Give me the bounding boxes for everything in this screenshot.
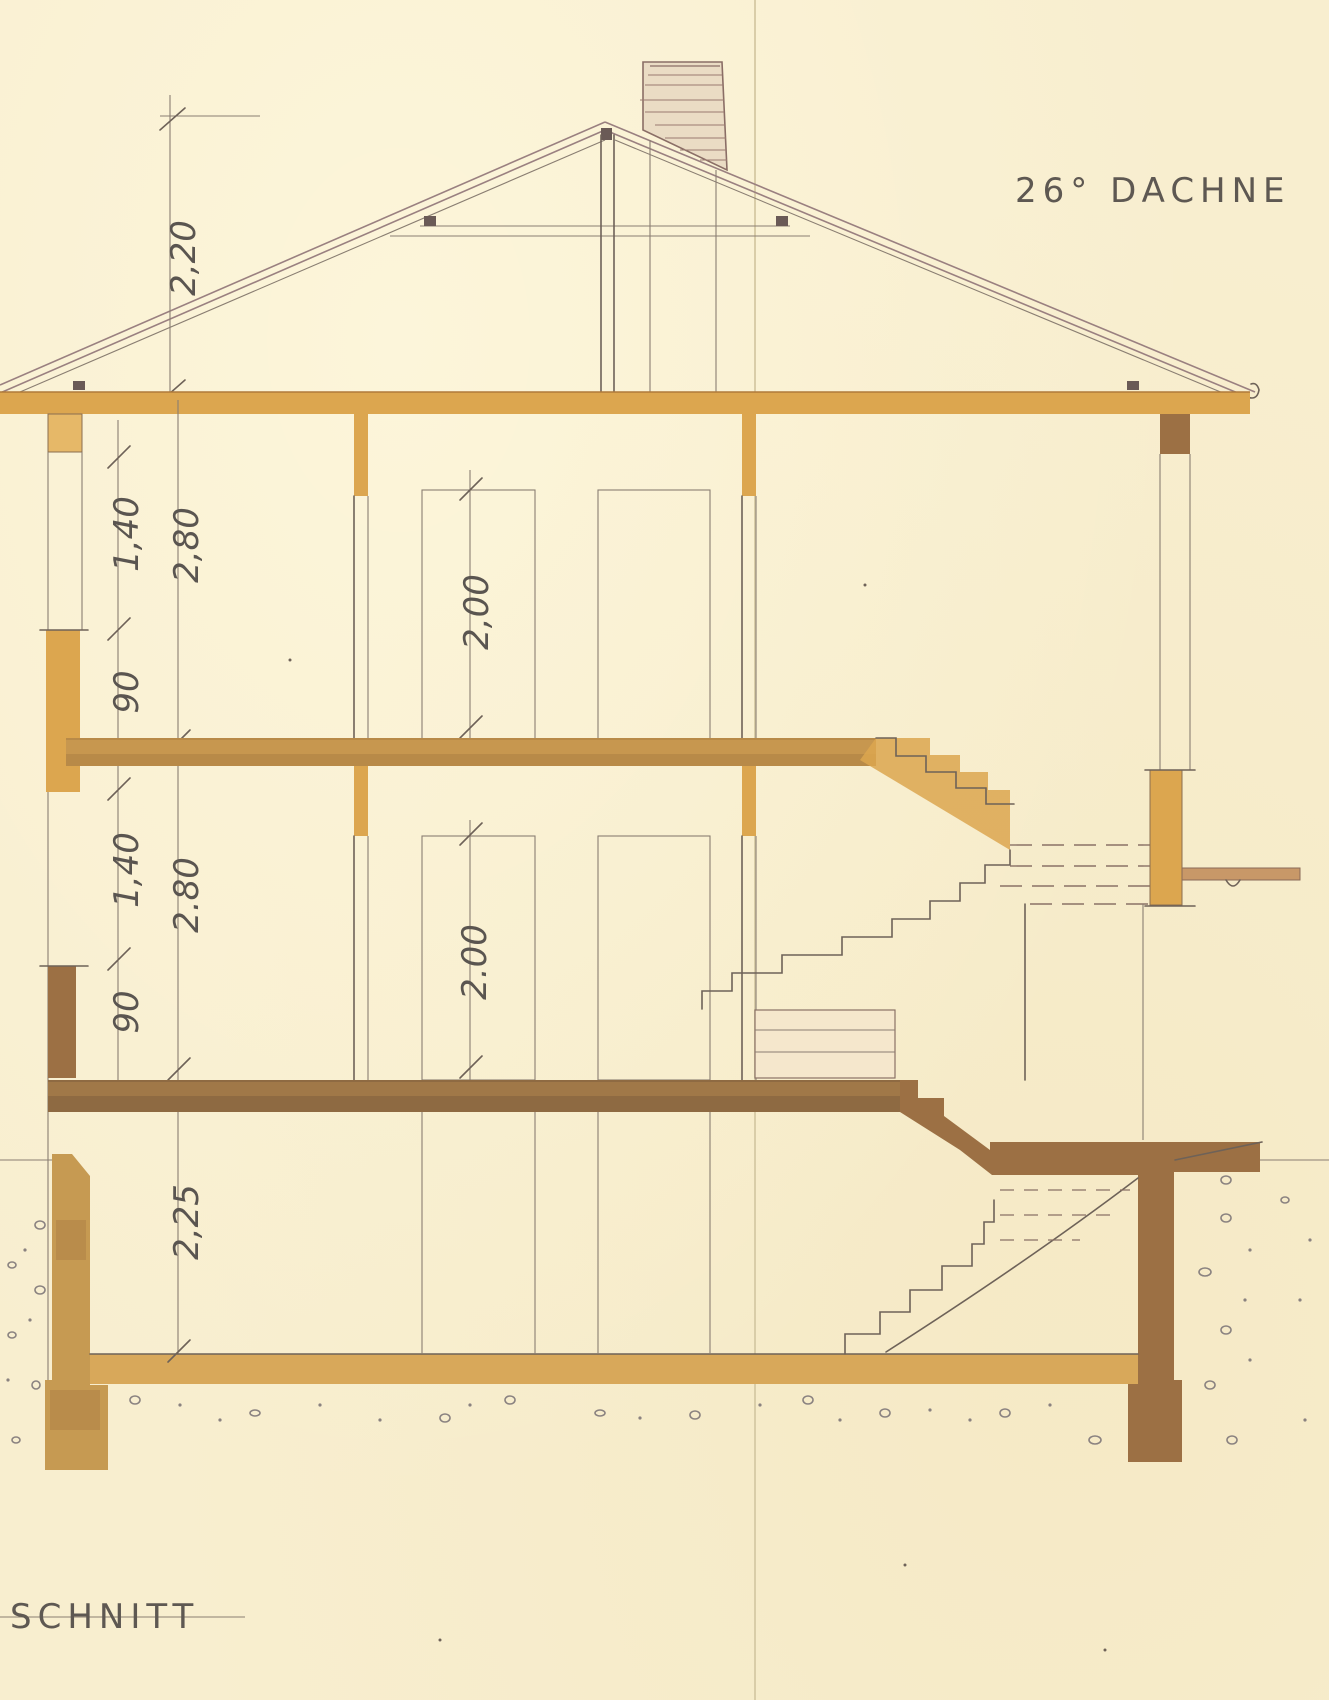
dim-upper-storey: 2,80 — [167, 507, 207, 583]
section-drawing: 2,20 2,00 1, — [0, 0, 1329, 1700]
dim-upper-parapet: 90 — [107, 670, 147, 713]
soil-dots — [6, 1238, 1311, 1421]
upper-floor-slab — [66, 738, 1014, 850]
dim-ground-door: 2.00 — [455, 924, 495, 1000]
upper-floor: 2,00 1,40 90 2,80 — [40, 400, 1190, 1460]
roof: 2,20 — [0, 62, 1259, 402]
ground-floor-slab — [48, 1080, 1262, 1175]
dim-ground-storey: 2.80 — [167, 857, 207, 933]
attic-ceiling-beam — [0, 392, 1250, 496]
roof-pitch-note: 26° DACHNE — [1015, 171, 1291, 211]
drawing-title: SCHNITT — [10, 1597, 199, 1637]
dim-ground-parapet: 90 — [107, 990, 147, 1033]
dim-upper-window: 1,40 — [107, 496, 147, 572]
dim-ground-window: 1,40 — [107, 832, 147, 908]
drawing-sheet: 2,20 2,00 1, — [0, 0, 1329, 1700]
dim-roof-height: 2,20 — [164, 220, 204, 296]
dim-upper-door: 2,00 — [457, 574, 497, 650]
dim-basement-storey: 2,25 — [167, 1184, 207, 1260]
